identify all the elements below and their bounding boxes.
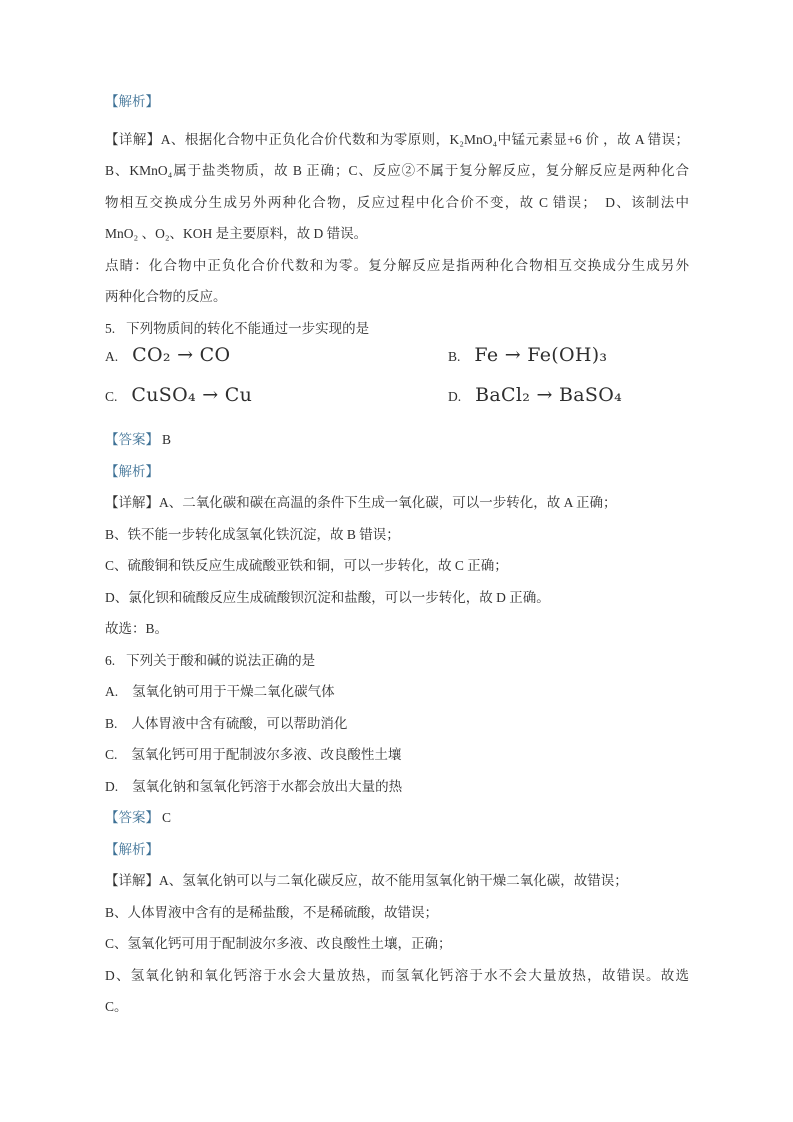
detail-line: B、铁不能一步转化成氢氧化铁沉淀，故 B 错误； [105,519,689,551]
option-letter: B. [105,716,117,731]
detail-line: 【详解】A、氢氧化钠可以与二氧化碳反应，故不能用氢氧化钠干燥二氧化碳，故错误； [105,865,689,897]
detail-line: B、KMnO₄属于盐类物质，故 B 正确；C、反应②不属于复分解反应，复分解反应… [105,155,689,187]
question-number: 6. [105,653,115,668]
detail-line: C、氢氧化钙可用于配制波尔多液、改良酸性土壤，正确； [105,928,689,960]
option-a: A.氢氧化钠可用于干燥二氧化碳气体 [105,676,689,708]
note-line: 两种化合物的反应。 [105,281,689,313]
detail-line: MnO₂ 、O₂、KOH 是主要原料，故 D 错误。 [105,218,689,250]
detail-line: D、氯化钡和硫酸反应生成硫酸钡沉淀和盐酸，可以一步转化，故 D 正确。 [105,582,689,614]
q5-options: A.CO₂ → CO B.Fe → Fe(OH)₃ C.CuSO₄ → Cu D… [105,344,689,424]
question-4-explanation: 【解析】 【详解】A、根据化合物中正负化合价代数和为零原则，K₂MnO₄中锰元素… [105,86,689,313]
question-number: 5. [105,321,115,336]
analysis-heading: 【解析】 [105,834,689,866]
detail-line: C。 [105,991,689,1023]
option-letter: B. [448,349,460,365]
detail-line: 物相互交换成分生成另外两种化合物，反应过程中化合价不变，故 C 错误； D、该制… [105,187,689,219]
option-formula: CuSO₄ → Cu [131,384,252,406]
option-letter: A. [105,684,118,699]
option-c: C.CuSO₄ → Cu [105,384,448,424]
option-text: 氢氧化钠可用于干燥二氧化碳气体 [132,684,335,699]
document-page: 【解析】 【详解】A、根据化合物中正负化合价代数和为零原则，K₂MnO₄中锰元素… [0,0,793,1122]
option-c: C.氢氧化钙可用于配制波尔多液、改良酸性土壤 [105,739,689,771]
option-text: 氢氧化钙可用于配制波尔多液、改良酸性土壤 [131,747,401,762]
answer-label: 【答案】 [105,432,159,447]
detail-line: 故选：B。 [105,613,689,645]
option-formula: Fe → Fe(OH)₃ [474,344,607,366]
answer-label: 【答案】 [105,810,159,825]
option-letter: D. [448,389,461,405]
detail-line: B、人体胃液中含有的是稀盐酸，不是稀硫酸，故错误； [105,897,689,929]
analysis-heading: 【解析】 [105,86,689,118]
question-text: 下列关于酸和碱的说法正确的是 [126,653,315,668]
question-line: 6.下列关于酸和碱的说法正确的是 [105,645,689,677]
note-line: 点睛：化合物中正负化合价代数和为零。复分解反应是指两种化合物相互交换成分生成另外 [105,250,689,282]
option-b: B.Fe → Fe(OH)₃ [448,344,689,384]
option-letter: D. [105,779,118,794]
detail-line: C、硫酸铜和铁反应生成硫酸亚铁和铜，可以一步转化，故 C 正确； [105,550,689,582]
detail-line: 【详解】A、二氧化碳和碳在高温的条件下生成一氧化碳，可以一步转化，故 A 正确； [105,487,689,519]
option-formula: CO₂ → CO [132,344,230,366]
option-d: D.BaCl₂ → BaSO₄ [448,384,689,424]
option-letter: A. [105,349,118,365]
option-letter: C. [105,747,117,762]
answer-value: B [162,432,171,447]
option-formula: BaCl₂ → BaSO₄ [475,384,622,406]
option-letter: C. [105,389,117,405]
analysis-heading: 【解析】 [105,456,689,488]
answer-line: 【答案】B [105,424,689,456]
answer-line: 【答案】C [105,802,689,834]
detail-line: D、氢氧化钠和氧化钙溶于水会大量放热，而氢氧化钙溶于水不会大量放热，故错误。故选 [105,960,689,992]
question-line: 5.下列物质间的转化不能通过一步实现的是 [105,313,689,345]
option-d: D.氢氧化钠和氢氧化钙溶于水都会放出大量的热 [105,771,689,803]
question-6: 6.下列关于酸和碱的说法正确的是 A.氢氧化钠可用于干燥二氧化碳气体 B.人体胃… [105,645,689,1023]
detail-line: 【详解】A、根据化合物中正负化合价代数和为零原则，K₂MnO₄中锰元素显+6 价… [105,124,689,156]
page-content: 【解析】 【详解】A、根据化合物中正负化合价代数和为零原则，K₂MnO₄中锰元素… [105,86,689,1023]
question-5: 5.下列物质间的转化不能通过一步实现的是 A.CO₂ → CO B.Fe → F… [105,313,689,645]
option-text: 人体胃液中含有硫酸，可以帮助消化 [131,716,347,731]
option-a: A.CO₂ → CO [105,344,448,384]
answer-value: C [162,810,171,825]
option-b: B.人体胃液中含有硫酸，可以帮助消化 [105,708,689,740]
option-text: 氢氧化钠和氢氧化钙溶于水都会放出大量的热 [132,779,402,794]
question-text: 下列物质间的转化不能通过一步实现的是 [126,321,369,336]
